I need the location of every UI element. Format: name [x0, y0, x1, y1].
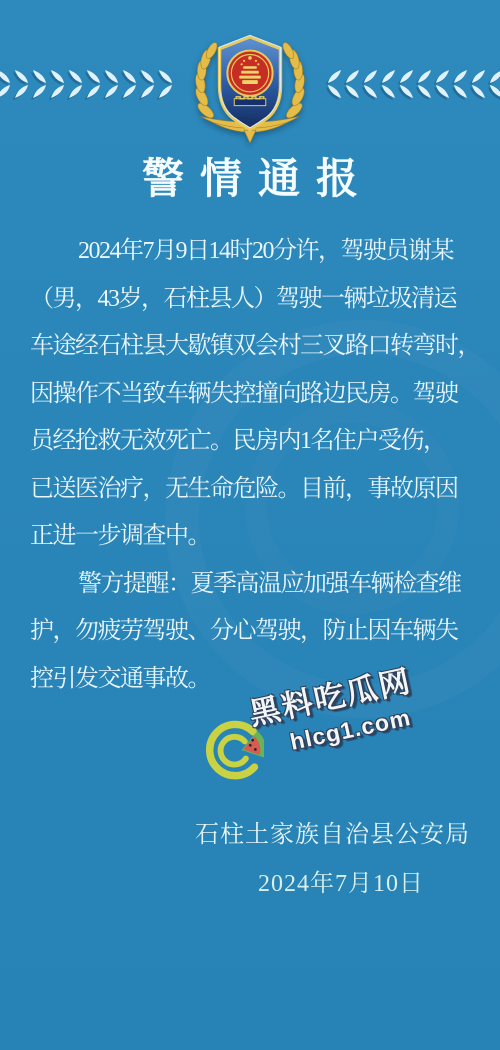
police-badge-icon [191, 24, 309, 144]
body-line: 车途经石柱县大歇镇双会村三叉路口转弯时， [30, 323, 476, 371]
notice-title: 警情通报 [0, 146, 500, 206]
body-line: （男，43岁，石柱县人）驾驶一辆垃圾清运 [30, 276, 476, 324]
chevrons-right-icon [0, 67, 178, 103]
police-notice-poster: 警情通报 2024年7月9日14时20分许，驾驶员谢某 （男，43岁，石柱县人）… [0, 0, 500, 1050]
body-line: 已送医治疗，无生命危险。目前，事故原因 [30, 466, 476, 514]
body-line: 正进一步调查中。 [30, 513, 476, 561]
issuing-agency: 石柱土家族自治县公安局 [195, 814, 470, 849]
body-line: 护，勿疲劳驾驶、分心驾驶，防止因车辆失 [30, 608, 476, 656]
body-line: 2024年7月9日14时20分许，驾驶员谢某 [30, 228, 476, 276]
body-line: 员经抢救无效死亡。民房内1名住户受伤， [30, 418, 476, 466]
issue-date: 2024年7月10日 [258, 863, 424, 898]
body-line: 警方提醒：夏季高温应加强车辆检查维 [30, 561, 476, 609]
chevrons-left-icon [322, 67, 500, 103]
body-line: 因操作不当致车辆失控撞向路边民房。驾驶 [30, 371, 476, 419]
site-watermark: 黑料吃瓜网 hlcg1.com [196, 682, 466, 802]
notice-body: 2024年7月9日14时20分许，驾驶员谢某 （男，43岁，石柱县人）驾驶一辆垃… [30, 228, 476, 703]
